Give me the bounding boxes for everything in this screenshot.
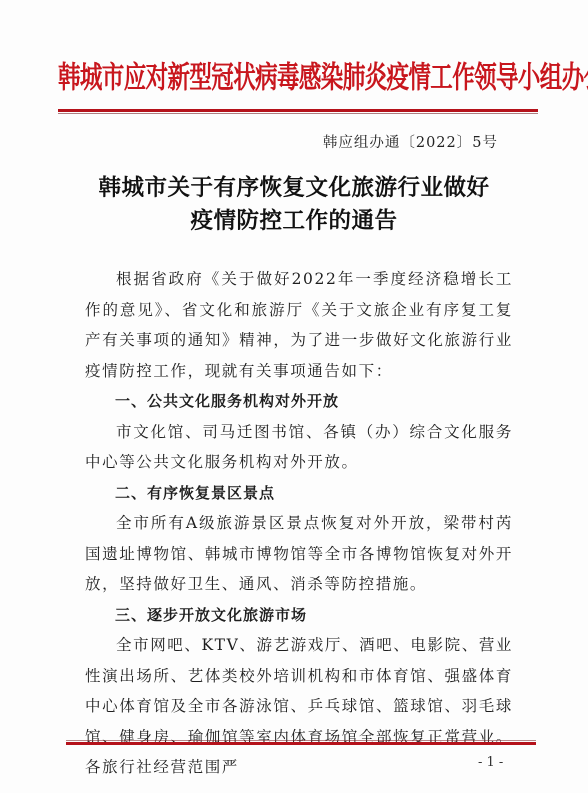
document-number: 韩应组办通〔2022〕5号 (323, 131, 498, 152)
page-number: - 1 - (478, 755, 503, 770)
section-heading-2: 二、有序恢复景区景点 (85, 478, 513, 509)
footer-red-rule-thin (66, 740, 536, 741)
header-red-rule (58, 109, 538, 112)
document-body: 根据省政府《关于做好2022年一季度经济稳增长工作的意见》、省文化和旅游厅《关于… (85, 264, 513, 783)
section-heading-3: 三、逐步开放文化旅游市场 (85, 600, 513, 631)
section-text-3: 全市网吧、KTV、游艺游戏厅、酒吧、电影院、营业性演出场所、艺体类校外培训机构和… (85, 630, 513, 783)
section-heading-1: 一、公共文化服务机构对外开放 (85, 386, 513, 417)
section-text-2: 全市所有A级旅游景区景点恢复对外开放，梁带村芮国遗址博物馆、韩城市博物馆等全市各… (85, 508, 513, 600)
document-title-line-1: 韩城市关于有序恢复文化旅游行业做好 (0, 170, 588, 202)
document-page: 韩城市应对新型冠状病毒感染肺炎疫情工作领导小组办公室 韩应组办通〔2022〕5号… (0, 0, 588, 793)
footer-red-rule (66, 742, 536, 745)
intro-paragraph: 根据省政府《关于做好2022年一季度经济稳增长工作的意见》、省文化和旅游厅《关于… (85, 264, 513, 386)
document-title-line-2: 疫情防控工作的通告 (0, 203, 588, 235)
header-red-rule-thin (58, 113, 538, 114)
section-text-1: 市文化馆、司马迁图书馆、各镇（办）综合文化服务中心等公共文化服务机构对外开放。 (85, 417, 513, 478)
issuer-header: 韩城市应对新型冠状病毒感染肺炎疫情工作领导小组办公室 (58, 48, 538, 107)
